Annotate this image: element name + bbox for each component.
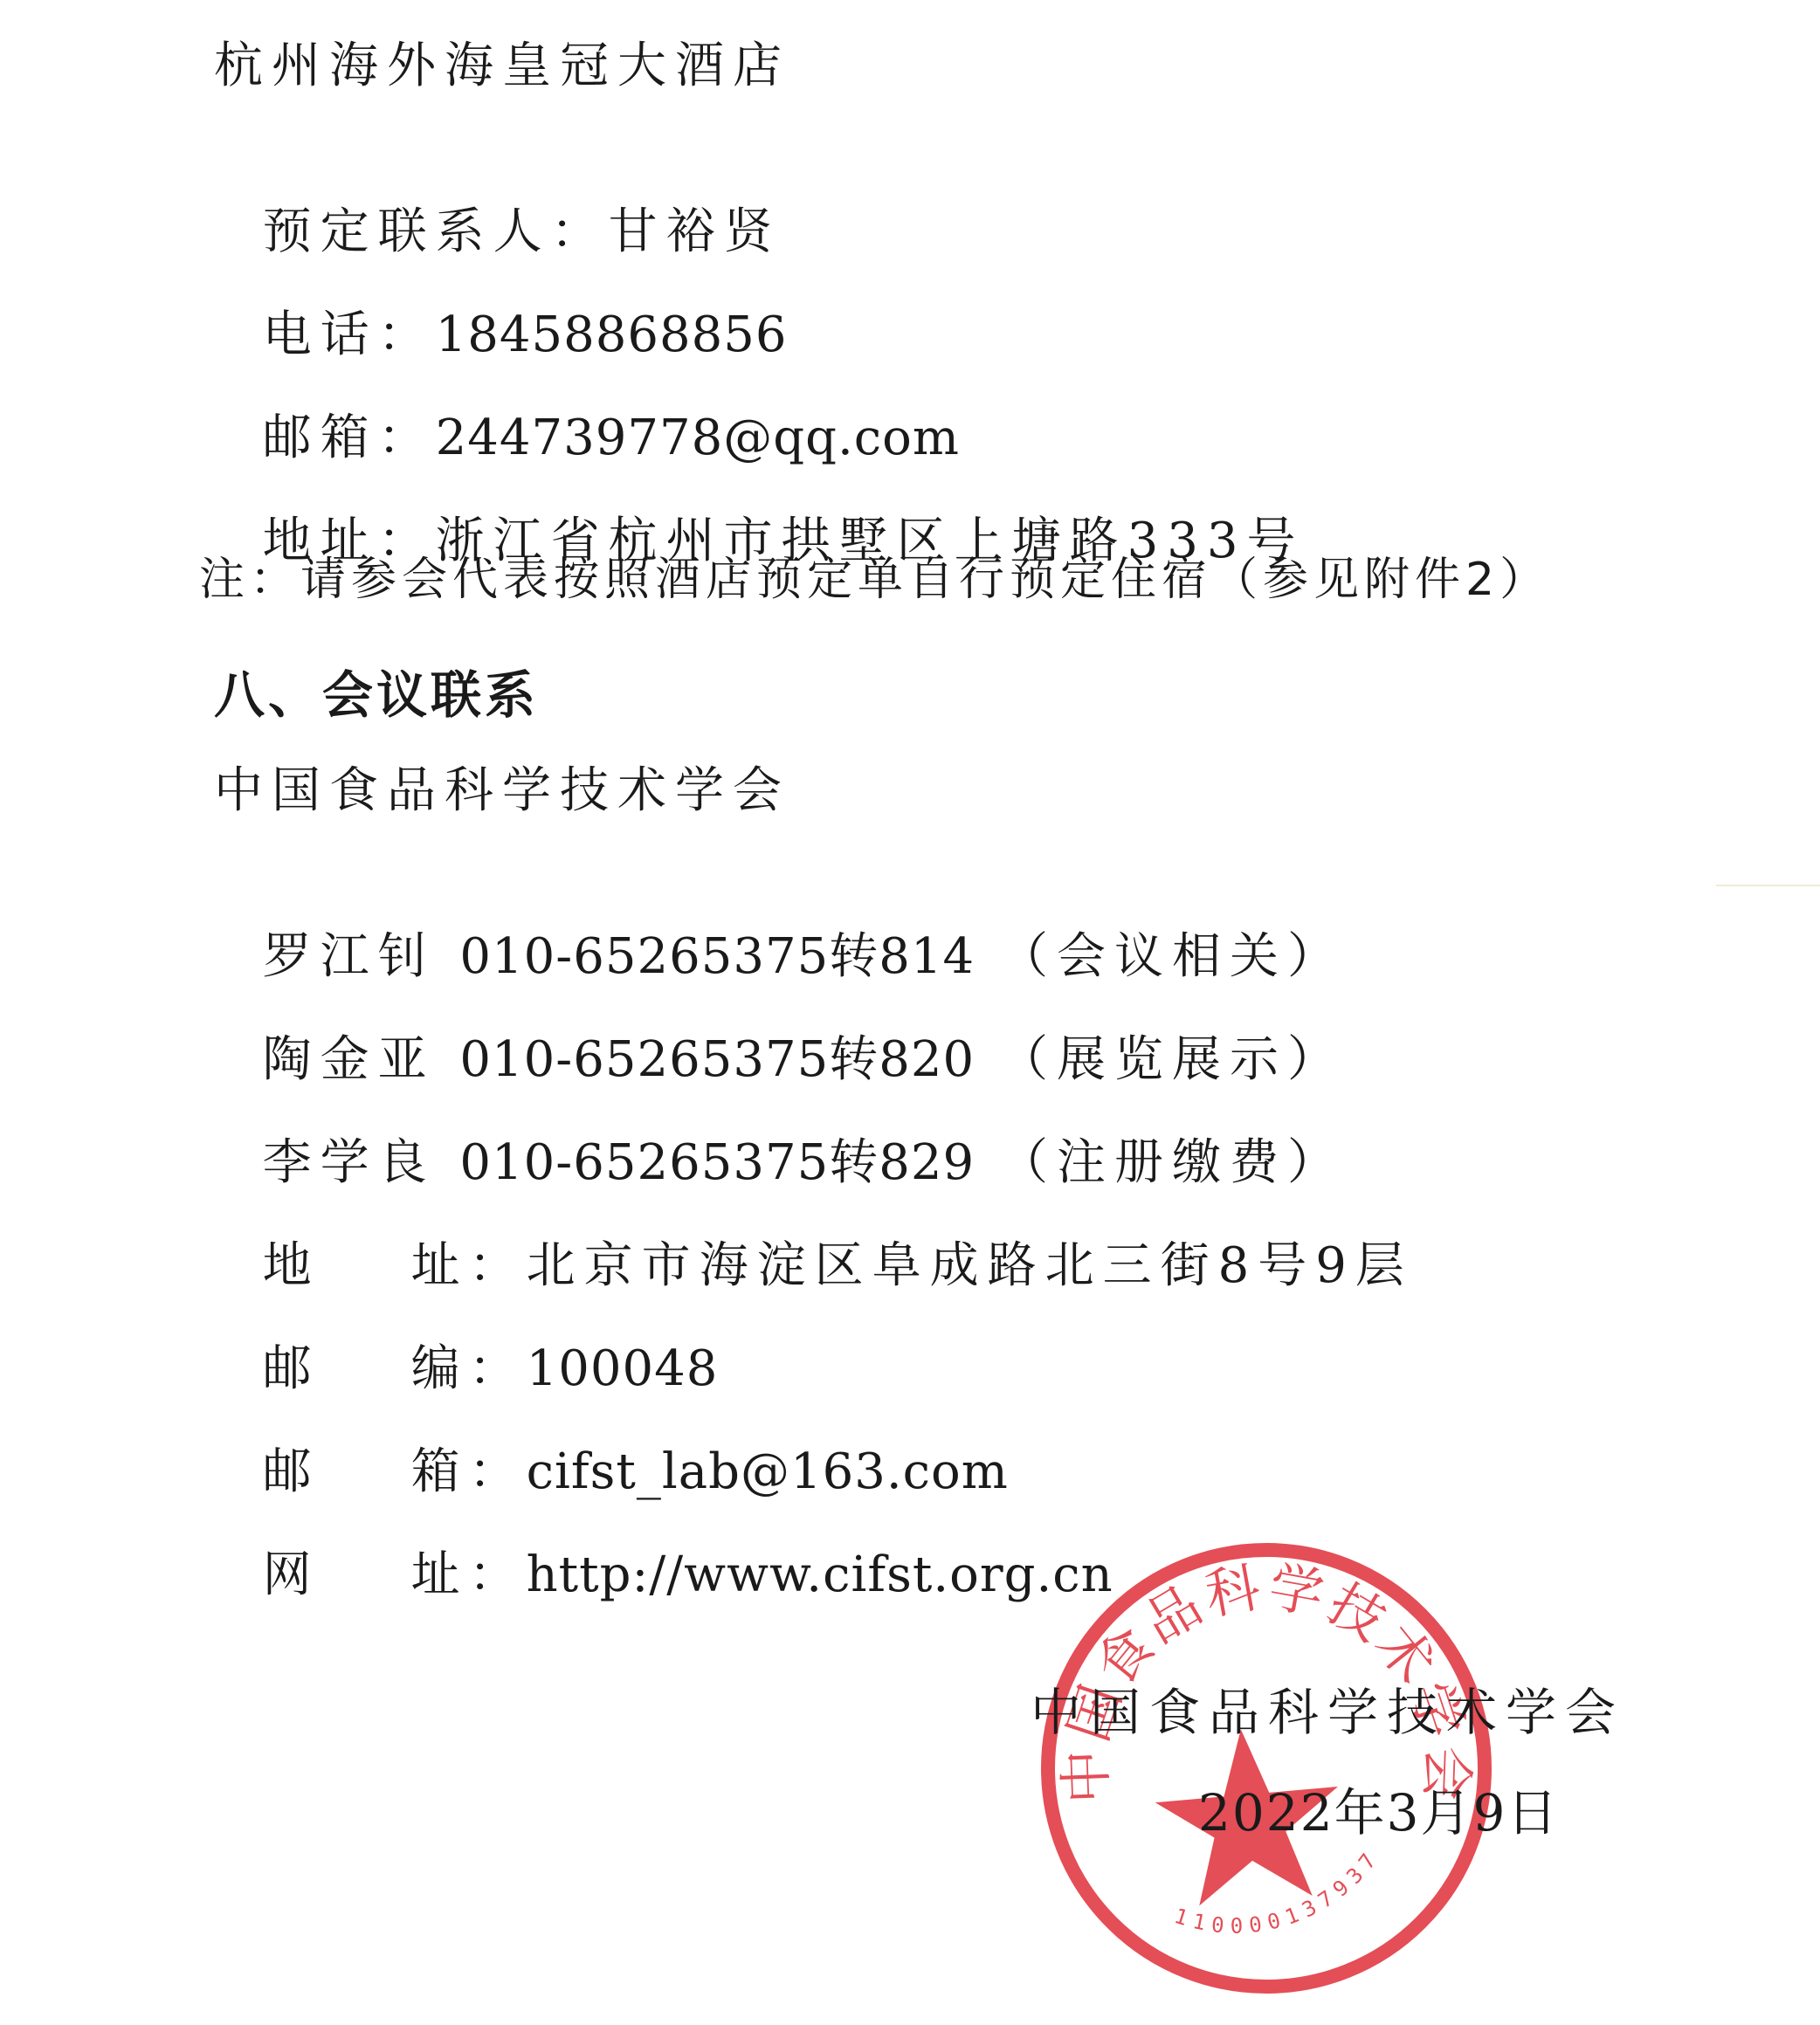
- signature-date: 2022年3月9日: [1198, 1781, 1559, 1844]
- stamp-ring-text: 中国食品科学技术学会: [1053, 1554, 1479, 1805]
- detail-value: http://www.cifst.org.cn: [527, 1546, 1113, 1603]
- organization-name: 中国食品科学技术学会: [214, 760, 790, 823]
- official-stamp-icon: 中国食品科学技术学会 110000137937: [1031, 1533, 1502, 2004]
- hotel-name: 杭州海外海皇冠大酒店: [214, 35, 790, 98]
- section-heading: 八、会议联系: [214, 664, 539, 727]
- detail-label-b: 址：: [411, 1544, 527, 1607]
- svg-text:中国食品科学技术学会: 中国食品科学技术学会: [1053, 1554, 1479, 1805]
- accommodation-note: 注：请参会代表按照酒店预定单自行预定住宿（参见附件2）: [199, 548, 1550, 611]
- detail-label-a: 网: [263, 1544, 411, 1607]
- detail-row-website: 网址：http://www.cifst.org.cn: [214, 1481, 1113, 1607]
- signature-organization: 中国食品科学技术学会: [1031, 1681, 1624, 1744]
- scan-edge-mark: [1716, 885, 1820, 886]
